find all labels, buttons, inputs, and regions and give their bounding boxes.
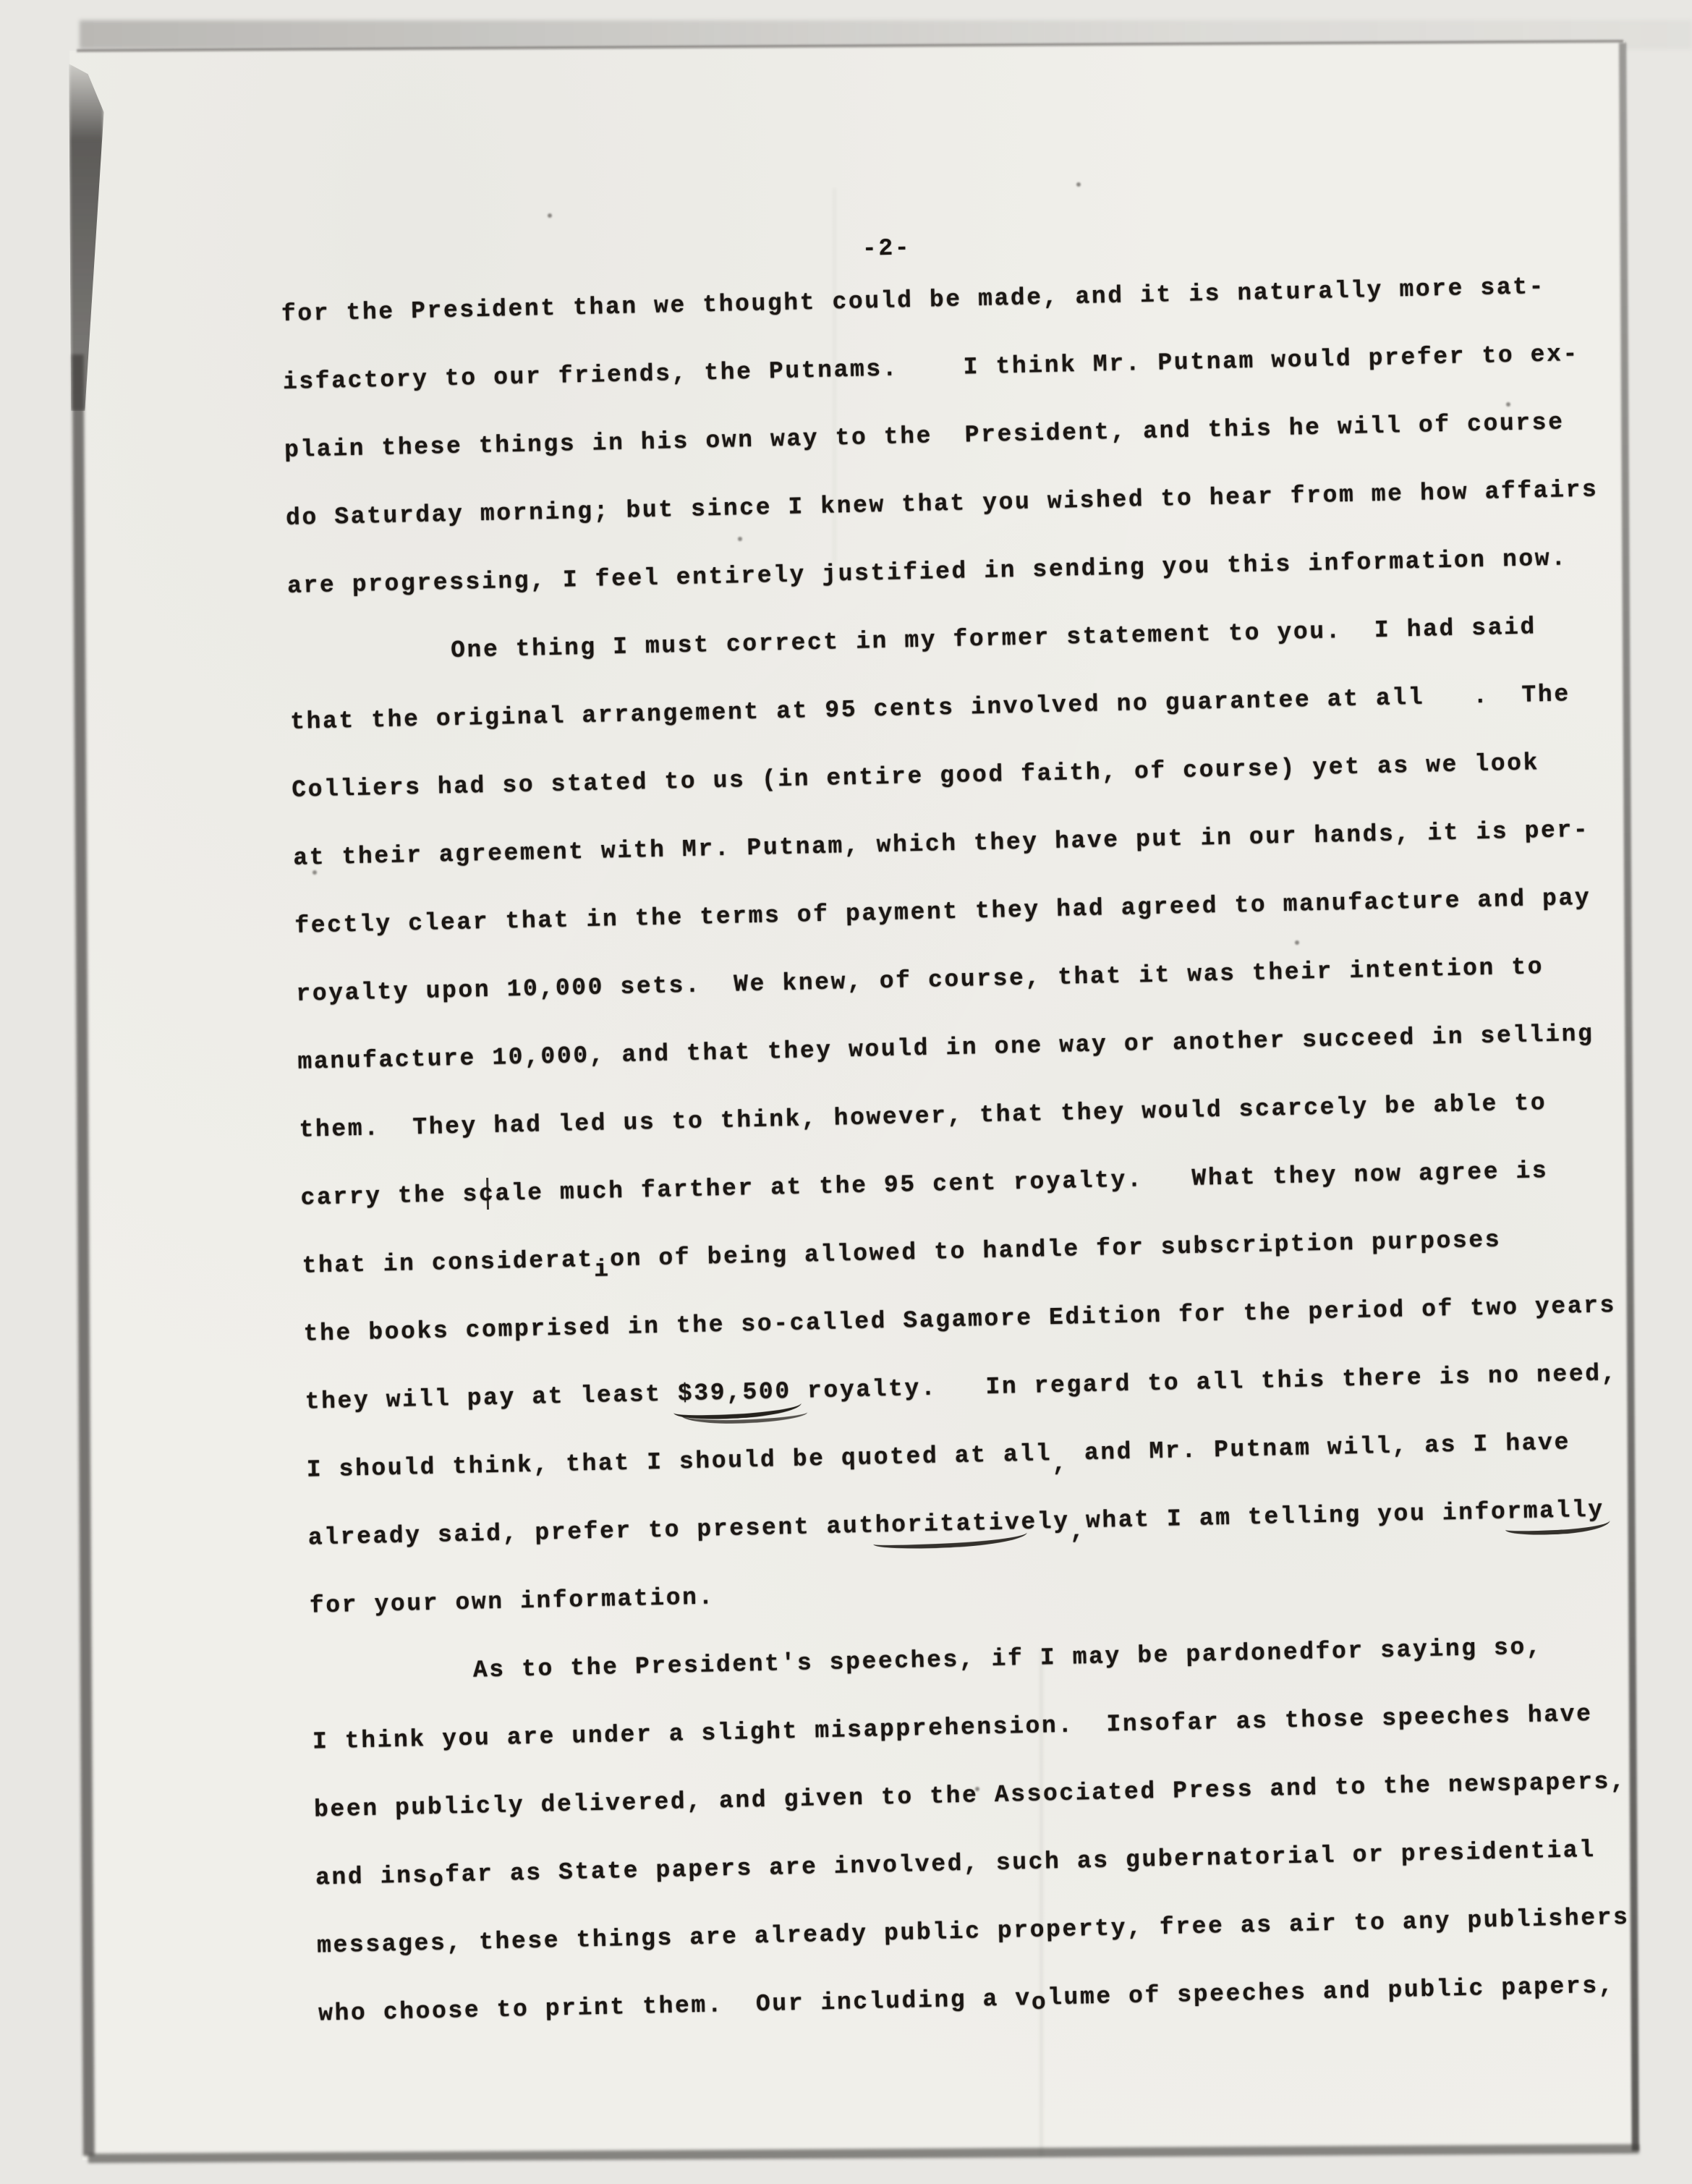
dropped-char: o xyxy=(429,1866,446,1892)
text-segment: plain these things in his own way to the… xyxy=(284,409,1565,464)
paper-edge-left xyxy=(72,354,95,2156)
text-segment: who choose to print them. Our including … xyxy=(318,1985,1032,2027)
text-segment: for the President than we thought could … xyxy=(281,273,1546,328)
dropped-char: i xyxy=(594,1256,611,1283)
underline-annotation: rmally xyxy=(1507,1496,1604,1525)
text-segment: they will pay at least xyxy=(305,1380,678,1415)
text-segment: I think you are under a slight misappreh… xyxy=(313,1701,1593,1756)
text-segment: As to the President's speeches, if I may… xyxy=(311,1633,1543,1687)
text-segment: what I am telling you info xyxy=(1086,1498,1508,1534)
text-segment: that the original arrangement at 95 cent… xyxy=(290,681,1570,736)
dust-speck xyxy=(1076,182,1081,187)
text-segment: are progressing, I feel entirely justifi… xyxy=(287,545,1568,600)
dust-speck xyxy=(548,213,552,218)
text-segment: far as State papers are involved, such a… xyxy=(445,1837,1596,1889)
text-segment: lume of speeches and public papers, xyxy=(1047,1972,1615,2011)
text-block: for the President than we thought could … xyxy=(281,250,1692,2048)
text-segment: already said, prefer to present aut xyxy=(308,1512,876,1551)
text-segment: messages, these things are already publi… xyxy=(317,1904,1630,1960)
overstruck-char: c xyxy=(479,1181,496,1207)
text-segment: and Mr. Putnam will, as I have xyxy=(1068,1429,1570,1466)
text-segment: One thing I must correct in my former st… xyxy=(289,613,1536,668)
text-segment: for your own information. xyxy=(310,1584,715,1619)
text-segment: I should think, that I should be quoted … xyxy=(306,1440,1052,1483)
scanned-letter-page: -2- for the President than we thought co… xyxy=(0,0,1692,2184)
text-segment: at their agreement with Mr. Putnam, whic… xyxy=(293,817,1590,872)
dropped-char: , xyxy=(1070,1518,1087,1544)
text-segment: royalty upon 10,000 sets. We knew, of co… xyxy=(296,953,1544,1008)
text-segment: on of being allowed to handle for subscr… xyxy=(610,1227,1502,1273)
text-segment: them. They had led us to think, however,… xyxy=(299,1089,1547,1144)
text-segment: do Saturday morning; but since I knew th… xyxy=(286,476,1599,532)
text-segment: and ins xyxy=(315,1862,430,1891)
paper-edge-bottom xyxy=(88,2144,1639,2163)
page-number: -2- xyxy=(862,225,911,272)
text-segment: that in considerat xyxy=(302,1246,594,1280)
underlined-royalty-amount: $39,500 xyxy=(678,1378,792,1407)
underline-annotation: horitativ xyxy=(875,1509,1021,1539)
text-segment: isfactory to our friends, the Putnams. I… xyxy=(283,341,1580,396)
dropped-char: o xyxy=(1032,1989,1048,2015)
text-segment: carry the s xyxy=(300,1181,479,1211)
text-segment: manufacture 10,000, and that they would … xyxy=(297,1021,1594,1076)
text-segment: Colliers had so stated to us (in entire … xyxy=(292,749,1539,804)
text-segment: royalty. In regard to all this there is … xyxy=(791,1360,1617,1405)
text-segment: the books comprised in the so-called Sag… xyxy=(303,1292,1616,1348)
text-segment: ale much farther at the 95 cent royalty.… xyxy=(495,1157,1549,1207)
text-segment: been publicly delivered, and given to th… xyxy=(314,1768,1627,1824)
text-segment: fectly clear that in the terms of paymen… xyxy=(294,885,1591,940)
dropped-char: , xyxy=(1052,1450,1068,1476)
text-segment: ely xyxy=(1021,1508,1070,1536)
